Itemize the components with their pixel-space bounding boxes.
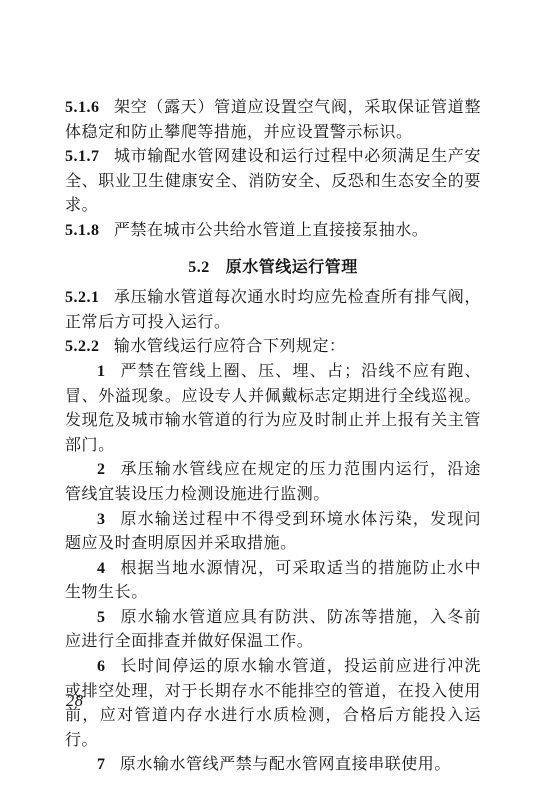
- clause-number: 5.2.1: [65, 289, 100, 306]
- clause-5-1-6: 5.1.6架空（露天）管道应设置空气阀，采取保证管道整体稳定和防止攀爬等措施，并…: [65, 96, 481, 145]
- item-number: 5: [97, 609, 106, 626]
- clause-text: 严禁在城市公共给水管道上直接接泵抽水。: [114, 222, 428, 239]
- document-page: 5.1.6架空（露天）管道应设置空气阀，采取保证管道整体稳定和防止攀爬等措施，并…: [0, 0, 551, 789]
- list-item-2: 2承压输水管线应在规定的压力范围内运行，沿途管线宜装设压力检测设施进行监测。: [65, 458, 481, 507]
- item-number: 2: [97, 461, 106, 478]
- list-item-4: 4根据当地水源情况，可采取适当的措施防止水中生物生长。: [65, 557, 481, 606]
- item-text: 长时间停运的原水输水管道，投运前应进行冲洗或排空处理，对于长期存水不能排空的管道…: [65, 658, 481, 749]
- section-heading-5-2: 5.2原水管线运行管理: [65, 256, 481, 281]
- item-text: 严禁在管线上圈、压、埋、占；沿线不应有跑、冒、外溢现象。应设专人并佩戴标志定期进…: [65, 363, 481, 454]
- item-number: 3: [97, 511, 106, 528]
- item-number: 7: [97, 756, 106, 773]
- clause-5-2-1: 5.2.1承压输水管道每次通水时均应先检查所有排气阀，正常后方可投入运行。: [65, 286, 481, 335]
- clause-number: 5.2.2: [65, 338, 100, 355]
- list-item-3: 3原水输送过程中不得受到环境水体污染，发现问题应及时查明原因并采取措施。: [65, 508, 481, 557]
- list-item-5: 5原水输水管道应具有防洪、防冻等措施，入冬前应进行全面排查并做好保温工作。: [65, 606, 481, 655]
- list-item-6: 6长时间停运的原水输水管道，投运前应进行冲洗或排空处理，对于长期存水不能排空的管…: [65, 655, 481, 753]
- item-text: 原水输送过程中不得受到环境水体污染，发现问题应及时查明原因并采取措施。: [65, 511, 481, 553]
- item-text: 原水输水管道应具有防洪、防冻等措施，入冬前应进行全面排查并做好保温工作。: [65, 609, 481, 651]
- item-text: 根据当地水源情况，可采取适当的措施防止水中生物生长。: [65, 560, 481, 602]
- clause-number: 5.1.8: [65, 222, 100, 239]
- section-number: 5.2: [188, 259, 210, 276]
- list-item-1: 1严禁在管线上圈、压、埋、占；沿线不应有跑、冒、外溢现象。应设专人并佩戴标志定期…: [65, 360, 481, 458]
- item-text: 承压输水管线应在规定的压力范围内运行，沿途管线宜装设压力检测设施进行监测。: [65, 461, 481, 503]
- section-title: 原水管线运行管理: [226, 259, 358, 276]
- clause-number: 5.1.7: [65, 148, 100, 165]
- clause-number: 5.1.6: [65, 99, 100, 116]
- item-text: 原水输水管线严禁与配水管网直接串联使用。: [120, 756, 451, 773]
- document-body: 5.1.6架空（露天）管道应设置空气阀，采取保证管道整体稳定和防止攀爬等措施，并…: [65, 96, 481, 778]
- list-item-7: 7原水输水管线严禁与配水管网直接串联使用。: [65, 753, 481, 778]
- item-number: 6: [97, 658, 106, 675]
- item-number: 4: [97, 560, 106, 577]
- clause-text: 架空（露天）管道应设置空气阀，采取保证管道整体稳定和防止攀爬等措施，并应设置警示…: [65, 99, 481, 141]
- clause-text: 承压输水管道每次通水时均应先检查所有排气阀，正常后方可投入运行。: [65, 289, 481, 331]
- page-number: 28: [66, 691, 84, 711]
- clause-5-1-8: 5.1.8严禁在城市公共给水管道上直接接泵抽水。: [65, 219, 481, 244]
- clause-5-2-2: 5.2.2输水管线运行应符合下列规定：: [65, 335, 481, 360]
- clause-text: 城市输配水管网建设和运行过程中必须满足生产安全、职业卫生健康安全、消防安全、反恐…: [65, 148, 481, 214]
- clause-5-1-7: 5.1.7城市输配水管网建设和运行过程中必须满足生产安全、职业卫生健康安全、消防…: [65, 145, 481, 219]
- item-number: 1: [97, 363, 106, 380]
- clause-text: 输水管线运行应符合下列规定：: [114, 338, 346, 355]
